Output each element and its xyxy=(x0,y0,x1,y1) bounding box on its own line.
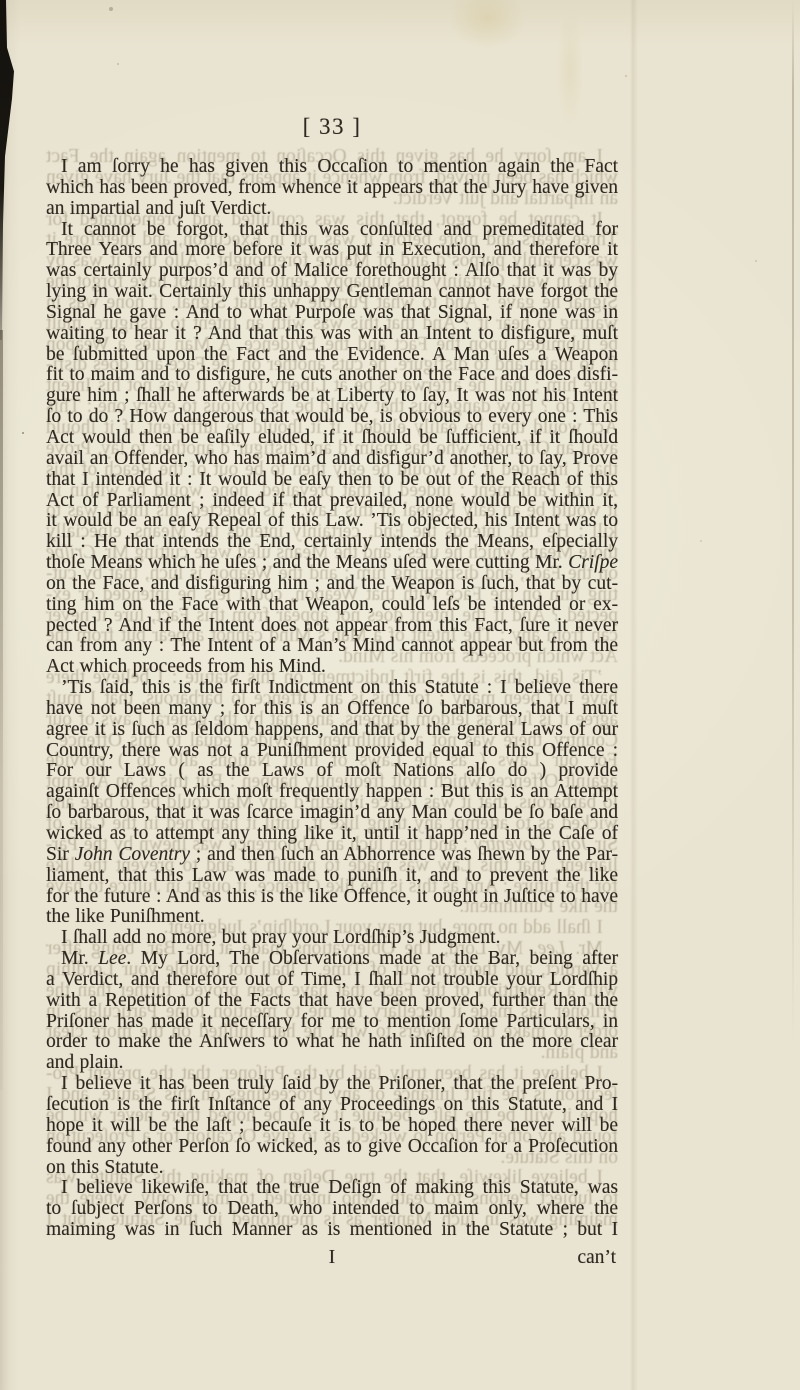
text-line: liament, that this Law was made to puniſ… xyxy=(46,866,618,887)
text-line: Mr. Lee. My Lord, The Obſervations made … xyxy=(46,949,618,970)
text-line: Country, there was not a Puniſhment prov… xyxy=(46,741,618,762)
text-line: fit to maim and to disfigure, he cuts an… xyxy=(46,365,618,386)
text-line: maiming was in ſuch Manner as is mention… xyxy=(46,1220,618,1241)
text-line: an impartial and juſt Verdict. xyxy=(46,199,618,220)
text-line: I believe it has been truly ſaid by the … xyxy=(46,1074,618,1095)
text-line: thoſe Means which he uſes ; and the Mean… xyxy=(46,553,618,574)
text-line: For our Laws ( as the Laws of moſt Natio… xyxy=(46,761,618,782)
text-line: againſt Offences which moſt frequently h… xyxy=(46,782,618,803)
text-line: Act which proceeds from his Mind. xyxy=(46,657,618,678)
text-line: on this Statute. xyxy=(46,1158,618,1179)
text-line: found any other Perſon ſo wicked, as to … xyxy=(46,1137,618,1158)
text-line: Three Years and more before it was put i… xyxy=(46,240,618,261)
text-line: I believe likewiſe, that the true Deſign… xyxy=(46,1178,618,1199)
text-line: order to make the Anſwers to what he hat… xyxy=(46,1032,618,1053)
text-line: which has been proved, from whence it ap… xyxy=(46,178,618,199)
text-line: avail an Offender, who has maim’d and di… xyxy=(46,449,618,470)
right-page-fold-line xyxy=(792,0,794,1150)
text-line: that I intended it : It would be eaſy th… xyxy=(46,470,618,491)
text-line: gure him ; ſhall he afterwards be at Lib… xyxy=(46,386,618,407)
text-line: Priſoner has made it neceſſary for me to… xyxy=(46,1012,618,1033)
text-line: can from any : The Intent of a Man’s Min… xyxy=(46,636,618,657)
text-line: kill : He that intends the End, certainl… xyxy=(46,532,618,553)
text-line: pected ? And if the Intent does not appe… xyxy=(46,616,618,637)
scan-edge-shadow xyxy=(0,0,18,340)
text-line: it would be an eaſy Repeal of this Law. … xyxy=(46,511,618,532)
text-line: ſo barbarous, that it was ſcarce imagin’… xyxy=(46,803,618,824)
paper-specks xyxy=(0,0,2,2)
page-number: [ 33 ] xyxy=(46,114,618,140)
text-line: be ſubmitted upon the Fact and the Evide… xyxy=(46,345,618,366)
scanned-book-page: { "colors": { "paper": "#e9e4d1", "ink":… xyxy=(0,0,800,1390)
text-line: It cannot be forgot, that this was conſu… xyxy=(46,220,618,241)
text-line: waiting to hear it ? And that this was w… xyxy=(46,324,618,345)
text-line: was certainly purpos’d and of Malice for… xyxy=(46,261,618,282)
text-line: with a Repetition of the Facts that have… xyxy=(46,991,618,1012)
left-page-edge xyxy=(0,330,3,1090)
text-line: lying in wait. Certainly this unhappy Ge… xyxy=(46,282,618,303)
text-line: for the future : And as this is the like… xyxy=(46,887,618,908)
signature-row: I can’t xyxy=(46,1247,618,1269)
text-line: and plain. xyxy=(46,1053,618,1074)
text-block: I am ſorry he has given this Occaſion to… xyxy=(46,157,618,1241)
text-line: I am ſorry he has given this Occaſion to… xyxy=(46,157,618,178)
text-line: agree it is ſuch as ſeldom happens, and … xyxy=(46,720,618,741)
text-line: Signal he gave : And to what Purpoſe was… xyxy=(46,303,618,324)
text-line: ting him on the Face with that Weapon, c… xyxy=(46,595,618,616)
text-line: Sir John Coventry ; and then ſuch an Abh… xyxy=(46,845,618,866)
text-line: wicked as to attempt any thing like it, … xyxy=(46,824,618,845)
text-line: hope it will be the laſt ; becauſe it is… xyxy=(46,1116,618,1137)
text-line: on the Face, and disfiguring him ; and t… xyxy=(46,574,618,595)
text-line: ſecution is the firſt Inſtance of any Pr… xyxy=(46,1095,618,1116)
text-line: ſo to do ? How dangerous that would be, … xyxy=(46,407,618,428)
text-line: Act of Parliament ; indeed if that preva… xyxy=(46,491,618,512)
signature-mark: I xyxy=(329,1247,336,1269)
text-line: have not been many ; for this is an Offe… xyxy=(46,699,618,720)
text-line: I ſhall add no more, but pray your Lordſ… xyxy=(46,928,618,949)
text-line: ’Tis ſaid, this is the firſt Indictment … xyxy=(46,678,618,699)
text-line: Act would then be eaſily eluded, if it ſ… xyxy=(46,428,618,449)
text-line: the like Puniſhment. xyxy=(46,907,618,928)
text-line: to ſubject Perſons to Death, who intende… xyxy=(46,1199,618,1220)
text-line: a Verdict, and therefore out of Time, I … xyxy=(46,970,618,991)
catchword: can’t xyxy=(577,1247,616,1269)
